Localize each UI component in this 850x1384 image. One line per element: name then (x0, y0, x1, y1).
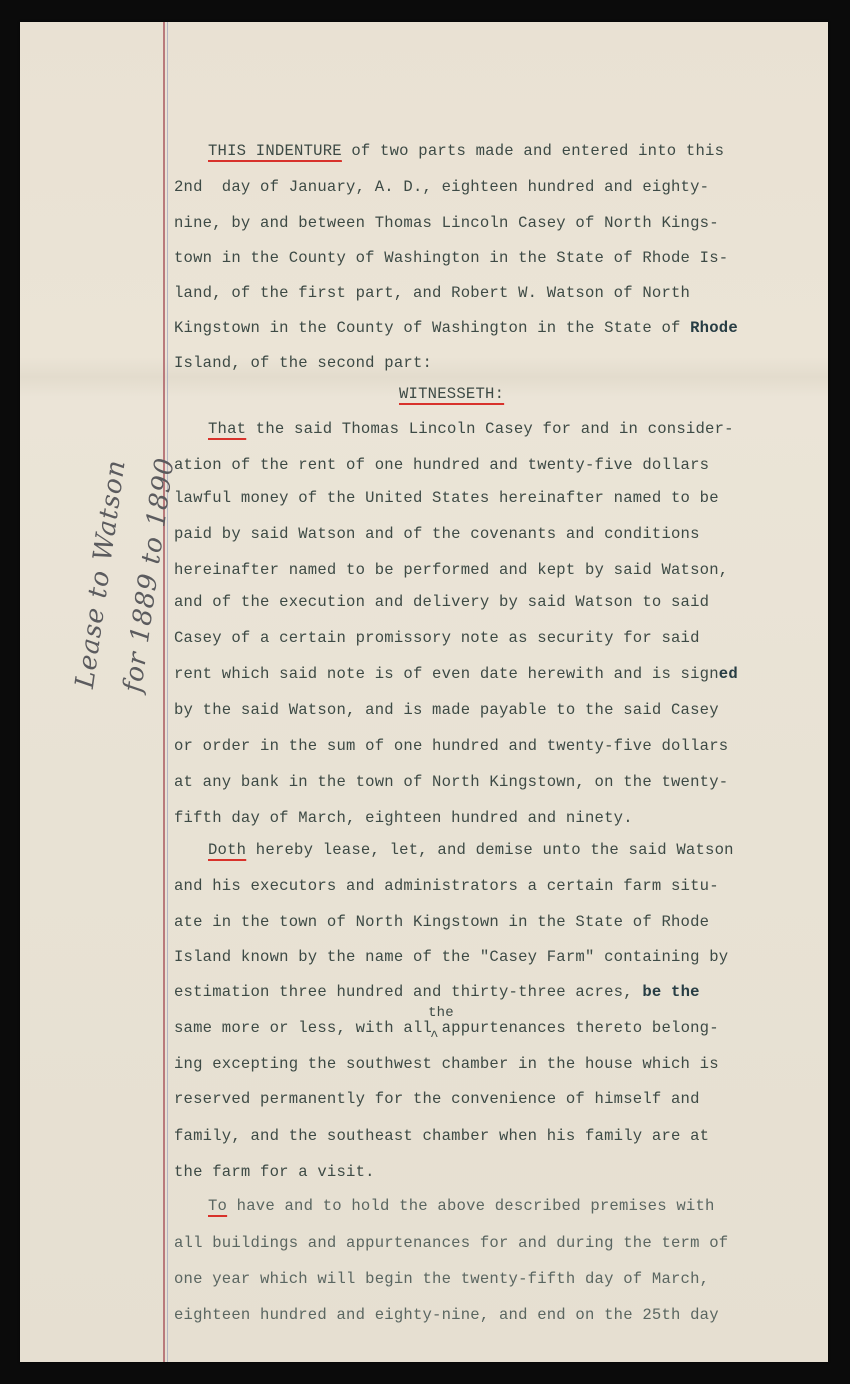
underlined-lead: THIS INDENTURE (208, 142, 342, 162)
underlined-lead: To (208, 1197, 227, 1217)
text-line: all buildings and appurtenances for and … (174, 1234, 728, 1252)
text-line: land, of the first part, and Robert W. W… (174, 284, 690, 302)
inserted-suffix: ed (719, 665, 738, 683)
text-line: town in the County of Washington in the … (174, 249, 728, 267)
section-heading: WITNESSETH: (399, 385, 504, 403)
text-line: Casey of a certain promissory note as se… (174, 629, 700, 647)
text-line: Island, of the second part: (174, 354, 432, 372)
text-line: at any bank in the town of North Kingsto… (174, 773, 728, 791)
text-line: same more or less, with allthe^ appurten… (174, 1019, 719, 1037)
text-line: one year which will begin the twenty-fif… (174, 1270, 709, 1288)
text-line: and of the execution and delivery by sai… (174, 593, 709, 611)
caret-mark-icon: ^ (430, 1029, 439, 1045)
text-line: 2nd day of January, A. D., eighteen hund… (174, 178, 709, 196)
document-page: Lease to Watson for 1889 to 1890 THIS IN… (20, 22, 828, 1362)
text-line: Kingstown in the County of Washington in… (174, 319, 738, 337)
underlined-lead: Doth (208, 841, 246, 861)
text-line: THIS INDENTURE of two parts made and ent… (208, 142, 724, 160)
text-line: fifth day of March, eighteen hundred and… (174, 809, 633, 827)
text-line: and his executors and administrators a c… (174, 877, 719, 895)
text-line: That the said Thomas Lincoln Casey for a… (208, 420, 734, 438)
text-line: reserved permanently for the convenience… (174, 1090, 700, 1108)
text-line: eighteen hundred and eighty-nine, and en… (174, 1306, 719, 1324)
text-line: by the said Watson, and is made payable … (174, 701, 719, 719)
text-line: ate in the town of North Kingstown in th… (174, 913, 709, 931)
text-line: ing excepting the southwest chamber in t… (174, 1055, 719, 1073)
text-line: rent which said note is of even date her… (174, 665, 738, 683)
inserted-phrase: be the (642, 983, 699, 1001)
text-line: ation of the rent of one hundred and twe… (174, 456, 709, 474)
text-line: paid by said Watson and of the covenants… (174, 525, 700, 543)
text-line: estimation three hundred and thirty-thre… (174, 983, 700, 1001)
text-line: Doth hereby lease, let, and demise unto … (208, 841, 734, 859)
inserted-word-above: the (428, 1005, 454, 1021)
inserted-word: Rhode (690, 319, 738, 337)
text-line: To have and to hold the above described … (208, 1197, 715, 1215)
handwritten-margin-note: Lease to Watson for 1889 to 1890 (60, 454, 180, 694)
text-line: lawful money of the United States herein… (174, 489, 719, 507)
text-line: nine, by and between Thomas Lincoln Case… (174, 214, 719, 232)
text-line: hereinafter named to be performed and ke… (174, 561, 728, 579)
text-line: or order in the sum of one hundred and t… (174, 737, 728, 755)
text-line: the farm for a visit. (174, 1163, 375, 1181)
text-line: family, and the southeast chamber when h… (174, 1127, 709, 1145)
text-line: Island known by the name of the "Casey F… (174, 948, 728, 966)
underlined-lead: That (208, 420, 246, 440)
